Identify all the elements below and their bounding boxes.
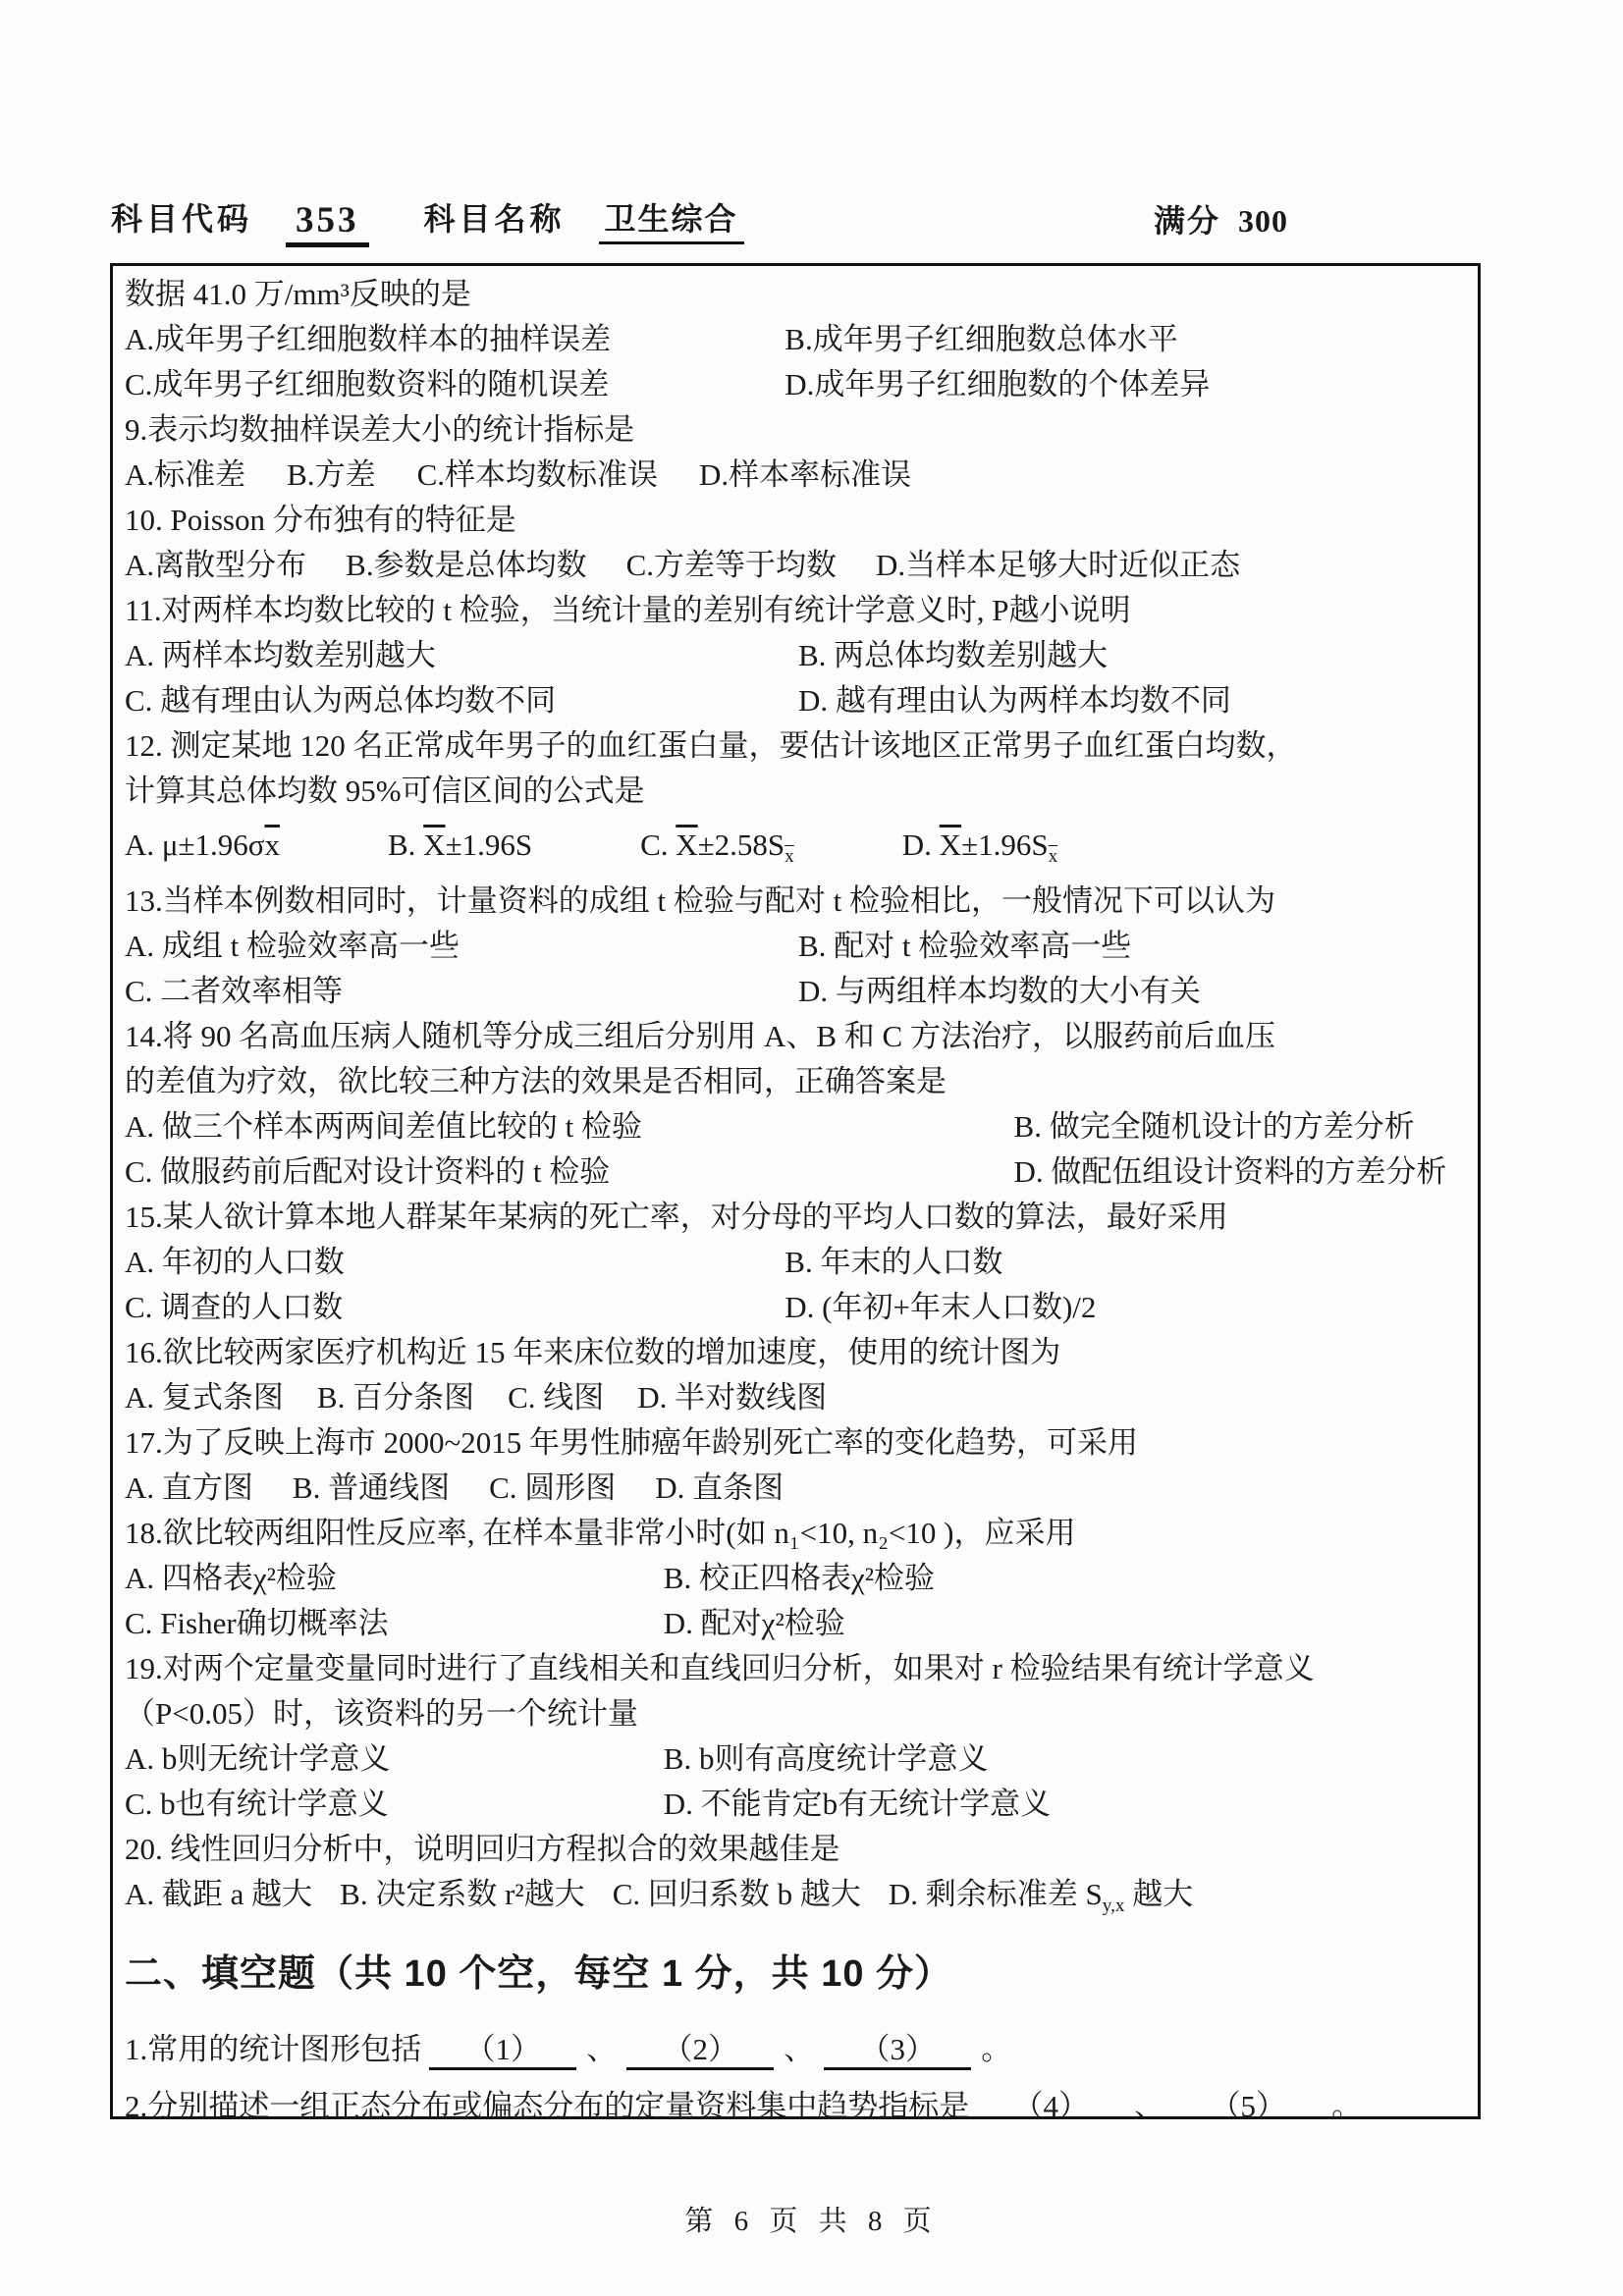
q14-stem-line2: 的差值为疗效，欲比较三种方法的效果是否相同，正确答案是 xyxy=(125,1059,1472,1104)
q15-options-cd: C. 调查的人口数 D. (年初+年末人口数)/2 xyxy=(125,1285,1472,1330)
q12-stem-line1: 12. 测定某地 120 名正常成年男子的血红蛋白量，要估计该地区正常男子血红蛋… xyxy=(125,723,1472,769)
fill1-blank-3: （3） xyxy=(824,2032,971,2070)
q13-options-ab: A. 成组 t 检验效率高一些 B. 配对 t 检验效率高一些 xyxy=(125,924,1472,969)
q14-option-d: D. 做配伍组设计资料的方差分析 xyxy=(1014,1149,1472,1195)
full-score-label: 满分 xyxy=(1154,203,1220,239)
q12-option-a: A. μ±1.96σx xyxy=(125,824,280,879)
q14-option-a: A. 做三个样本两两间差值比较的 t 检验 xyxy=(125,1104,1014,1149)
q12-options: A. μ±1.96σx B. X±1.96S C. X±2.58Sx D. X±… xyxy=(125,814,1472,879)
q16-option-d: D. 半对数线图 xyxy=(637,1375,827,1420)
q14-stem-line1: 14.将 90 名高血压病人随机等分成三组后分别用 A、B 和 C 方法治疗，以… xyxy=(125,1014,1472,1059)
q12-option-d: D. X±1.96Sx xyxy=(902,824,1057,879)
full-score-value: 300 xyxy=(1238,203,1288,239)
q11-option-a: A. 两样本均数差别越大 xyxy=(125,633,798,678)
q20-c-pre: C. 回归系数 b 越大 xyxy=(613,1877,861,1911)
q12-b-overline: X xyxy=(423,828,445,862)
q20-d-sub: y,x xyxy=(1103,1896,1125,1916)
q18-option-d: D. 配对χ²检验 xyxy=(664,1601,1472,1646)
q13-option-b: B. 配对 t 检验效率高一些 xyxy=(798,924,1472,969)
q13-option-c: C. 二者效率相等 xyxy=(125,969,798,1014)
q15-option-b: B. 年末的人口数 xyxy=(784,1240,1472,1285)
q14-option-c: C. 做服药前后配对设计资料的 t 检验 xyxy=(125,1149,1014,1195)
q13-option-a: A. 成组 t 检验效率高一些 xyxy=(125,924,798,969)
q12-option-b: B. X±1.96S xyxy=(388,824,532,879)
section2-heading: 二、填空题（共 10 个空，每空 1 分，共 10 分） xyxy=(125,1952,1472,1996)
q11-option-b: B. 两总体均数差别越大 xyxy=(798,633,1472,678)
q12-d-sub: x xyxy=(1049,846,1058,867)
q11-options-ab: A. 两样本均数差别越大 B. 两总体均数差别越大 xyxy=(125,633,1472,678)
q15-options-ab: A. 年初的人口数 B. 年末的人口数 xyxy=(125,1240,1472,1285)
fill-item-2: 2.分别描述一组正态分布或偏态分布的定量资料集中趋势指标是（4）、（5）。 xyxy=(125,2078,1472,2119)
page-header: 科目代码 353 科目名称 卫生综合 满分300 xyxy=(111,194,1481,249)
q9-option-b: B.方差 xyxy=(287,453,375,498)
fill2-text: 2.分别描述一组正态分布或偏态分布的定量资料集中趋势指标是 xyxy=(125,2089,969,2119)
q11-option-d: D. 越有理由认为两样本均数不同 xyxy=(798,678,1472,723)
q20-b-pre: B. 决定系数 r²越大 xyxy=(340,1877,585,1911)
q10-option-a: A.离散型分布 xyxy=(125,543,306,588)
q17-stem: 17.为了反映上海市 2000~2015 年男性肺癌年龄别死亡率的变化趋势，可采… xyxy=(125,1420,1472,1466)
fill1-blank-1: （1） xyxy=(429,2032,576,2070)
q17-option-c: C. 圆形图 xyxy=(489,1466,616,1511)
q19-option-d: D. 不能肯定b有无统计学意义 xyxy=(664,1782,1472,1827)
q11-options-cd: C. 越有理由认为两总体均数不同 D. 越有理由认为两样本均数不同 xyxy=(125,678,1472,723)
fill-item-1: 1.常用的统计图形包括（1）、（2）、（3）。 xyxy=(125,2021,1472,2078)
q17-option-a: A. 直方图 xyxy=(125,1466,253,1511)
q15-stem: 15.某人欲计算本地人群某年某病的死亡率，对分母的平均人口数的算法，最好采用 xyxy=(125,1195,1472,1240)
q12-c-post: ±2.58S xyxy=(698,828,785,862)
q15-option-c: C. 调查的人口数 xyxy=(125,1285,784,1330)
q12-stem-line2: 计算其总体均数 95%可信区间的公式是 xyxy=(125,769,1472,814)
page-footer: 第 6 页 共 8 页 xyxy=(0,2199,1623,2239)
q10-option-c: C.方差等于均数 xyxy=(626,543,837,588)
q13-stem: 13.当样本例数相同时，计量资料的成组 t 检验与配对 t 检验相比，一般情况下… xyxy=(125,879,1472,924)
q14-option-b: B. 做完全随机设计的方差分析 xyxy=(1014,1104,1472,1149)
q8-option-a: A.成年男子红细胞数样本的抽样误差 xyxy=(125,317,784,362)
fill2-sep-1: 、 xyxy=(1134,2078,1164,2119)
q16-options: A. 复式条图 B. 百分条图 C. 线图 D. 半对数线图 xyxy=(125,1375,1472,1420)
q12-b-post: ±1.96S xyxy=(446,828,533,862)
q10-option-b: B.参数是总体均数 xyxy=(346,543,586,588)
q20-option-a: A. 截距 a 越大 xyxy=(125,1872,312,1929)
q18-option-a: A. 四格表χ²检验 xyxy=(125,1556,664,1601)
q8-option-c: C.成年男子红细胞数资料的随机误差 xyxy=(125,362,784,407)
q11-option-c: C. 越有理由认为两总体均数不同 xyxy=(125,678,798,723)
q18-options-ab: A. 四格表χ²检验 B. 校正四格表χ²检验 xyxy=(125,1556,1472,1601)
q12-c-pre: C. xyxy=(640,828,676,862)
q13-option-d: D. 与两组样本均数的大小有关 xyxy=(798,969,1472,1014)
q12-c-overline: X xyxy=(676,828,697,862)
q12-d-overline: X xyxy=(940,828,961,862)
q19-option-b: B. b则有高度统计学意义 xyxy=(664,1736,1472,1782)
q20-options: A. 截距 a 越大 B. 决定系数 r²越大 C. 回归系数 b 越大 D. … xyxy=(125,1872,1472,1929)
q18-options-cd: C. Fisher确切概率法 D. 配对χ²检验 xyxy=(125,1601,1472,1646)
fill1-end: 。 xyxy=(981,2021,1011,2078)
q12-d-pre: D. xyxy=(902,828,940,862)
q17-option-d: D. 直条图 xyxy=(655,1466,784,1511)
q20-d-pre: D. 剩余标准差 S xyxy=(889,1877,1103,1911)
q10-stem: 10. Poisson 分布独有的特征是 xyxy=(125,498,1472,543)
fill2-end: 。 xyxy=(1331,2078,1362,2119)
q19-options-cd: C. b也有统计学意义 D. 不能肯定b有无统计学意义 xyxy=(125,1782,1472,1827)
q19-option-c: C. b也有统计学意义 xyxy=(125,1782,664,1827)
q18-option-b: B. 校正四格表χ²检验 xyxy=(664,1556,1472,1601)
q8-options-cd: C.成年男子红细胞数资料的随机误差 D.成年男子红细胞数的个体差异 xyxy=(125,362,1472,407)
q16-option-a: A. 复式条图 xyxy=(125,1375,284,1420)
q20-d-post: 越大 xyxy=(1125,1877,1194,1911)
q8-option-d: D.成年男子红细胞数的个体差异 xyxy=(784,362,1472,407)
subject-code-value: 353 xyxy=(286,199,369,247)
q14-options-ab: A. 做三个样本两两间差值比较的 t 检验 B. 做完全随机设计的方差分析 xyxy=(125,1104,1472,1149)
q9-option-c: C.样本均数标准误 xyxy=(417,453,658,498)
q9-option-a: A.标准差 xyxy=(125,453,245,498)
q12-c-sub: x xyxy=(784,846,794,867)
q20-option-d: D. 剩余标准差 Sy,x 越大 xyxy=(889,1872,1193,1929)
fill2-blank-2: （5） xyxy=(1174,2089,1322,2119)
page-number: 第 6 页 共 8 页 xyxy=(684,2206,938,2237)
q11-stem: 11.对两样本均数比较的 t 检验，当统计量的差别有统计学意义时, P越小说明 xyxy=(125,588,1472,633)
q12-option-c: C. X±2.58Sx xyxy=(640,824,794,879)
q20-option-b: B. 决定系数 r²越大 xyxy=(340,1872,585,1929)
q20-a-pre: A. 截距 a 越大 xyxy=(125,1877,312,1911)
q16-stem: 16.欲比较两家医疗机构近 15 年来床位数的增加速度，使用的统计图为 xyxy=(125,1330,1472,1375)
q10-options: A.离散型分布 B.参数是总体均数 C.方差等于均数 D.当样本足够大时近似正态 xyxy=(125,543,1472,588)
q12-a-pre: A. μ±1.96σ xyxy=(125,828,264,862)
q12-b-pre: B. xyxy=(388,828,423,862)
q9-option-d: D.样本率标准误 xyxy=(699,453,911,498)
exam-page: 科目代码 353 科目名称 卫生综合 满分300 数据 41.0 万/mm³反映… xyxy=(0,0,1623,2296)
fill1-blank-2: （2） xyxy=(626,2032,774,2070)
q19-stem-line2: （P<0.05）时，该资料的另一个统计量 xyxy=(125,1691,1472,1736)
q19-stem-line1: 19.对两个定量变量同时进行了直线相关和直线回归分析，如果对 r 检验结果有统计… xyxy=(125,1646,1472,1691)
full-score: 满分300 xyxy=(1154,196,1288,241)
fill1-sep-2: 、 xyxy=(784,2021,814,2078)
fill2-blank-1: （4） xyxy=(977,2089,1124,2119)
subject-name-value: 卫生综合 xyxy=(599,194,744,244)
subject-name-label: 科目名称 xyxy=(424,194,566,240)
q13-options-cd: C. 二者效率相等 D. 与两组样本均数的大小有关 xyxy=(125,969,1472,1014)
q19-option-a: A. b则无统计学意义 xyxy=(125,1736,664,1782)
q19-options-ab: A. b则无统计学意义 B. b则有高度统计学意义 xyxy=(125,1736,1472,1782)
q15-option-d: D. (年初+年末人口数)/2 xyxy=(784,1285,1472,1330)
q12-a-overline: x xyxy=(264,828,280,862)
q17-option-b: B. 普通线图 xyxy=(293,1466,450,1511)
q20-stem: 20. 线性回归分析中，说明回归方程拟合的效果越佳是 xyxy=(125,1827,1472,1872)
content-box: 数据 41.0 万/mm³反映的是 A.成年男子红细胞数样本的抽样误差 B.成年… xyxy=(110,263,1481,2119)
q10-option-d: D.当样本足够大时近似正态 xyxy=(876,543,1240,588)
q8-stem: 数据 41.0 万/mm³反映的是 xyxy=(125,272,1472,317)
q18-option-c: C. Fisher确切概率法 xyxy=(125,1601,664,1646)
fill1-text: 1.常用的统计图形包括 xyxy=(125,2032,421,2066)
q20-option-c: C. 回归系数 b 越大 xyxy=(613,1872,861,1929)
subject-code-label: 科目代码 xyxy=(111,194,252,240)
q8-options-ab: A.成年男子红细胞数样本的抽样误差 B.成年男子红细胞数总体水平 xyxy=(125,317,1472,362)
q9-options: A.标准差 B.方差 C.样本均数标准误 D.样本率标准误 xyxy=(125,453,1472,498)
q12-d-post: ±1.96S xyxy=(961,828,1049,862)
q18-stem: 18.欲比较两组阳性反应率, 在样本量非常小时(如 n₁<10, n₂<10 )… xyxy=(125,1511,1472,1556)
q9-stem: 9.表示均数抽样误差大小的统计指标是 xyxy=(125,407,1472,453)
q14-options-cd: C. 做服药前后配对设计资料的 t 检验 D. 做配伍组设计资料的方差分析 xyxy=(125,1149,1472,1195)
q15-option-a: A. 年初的人口数 xyxy=(125,1240,784,1285)
q8-option-b: B.成年男子红细胞数总体水平 xyxy=(784,317,1472,362)
fill1-sep-1: 、 xyxy=(586,2021,617,2078)
q17-options: A. 直方图 B. 普通线图 C. 圆形图 D. 直条图 xyxy=(125,1466,1472,1511)
q16-option-c: C. 线图 xyxy=(508,1375,604,1420)
q16-option-b: B. 百分条图 xyxy=(317,1375,474,1420)
